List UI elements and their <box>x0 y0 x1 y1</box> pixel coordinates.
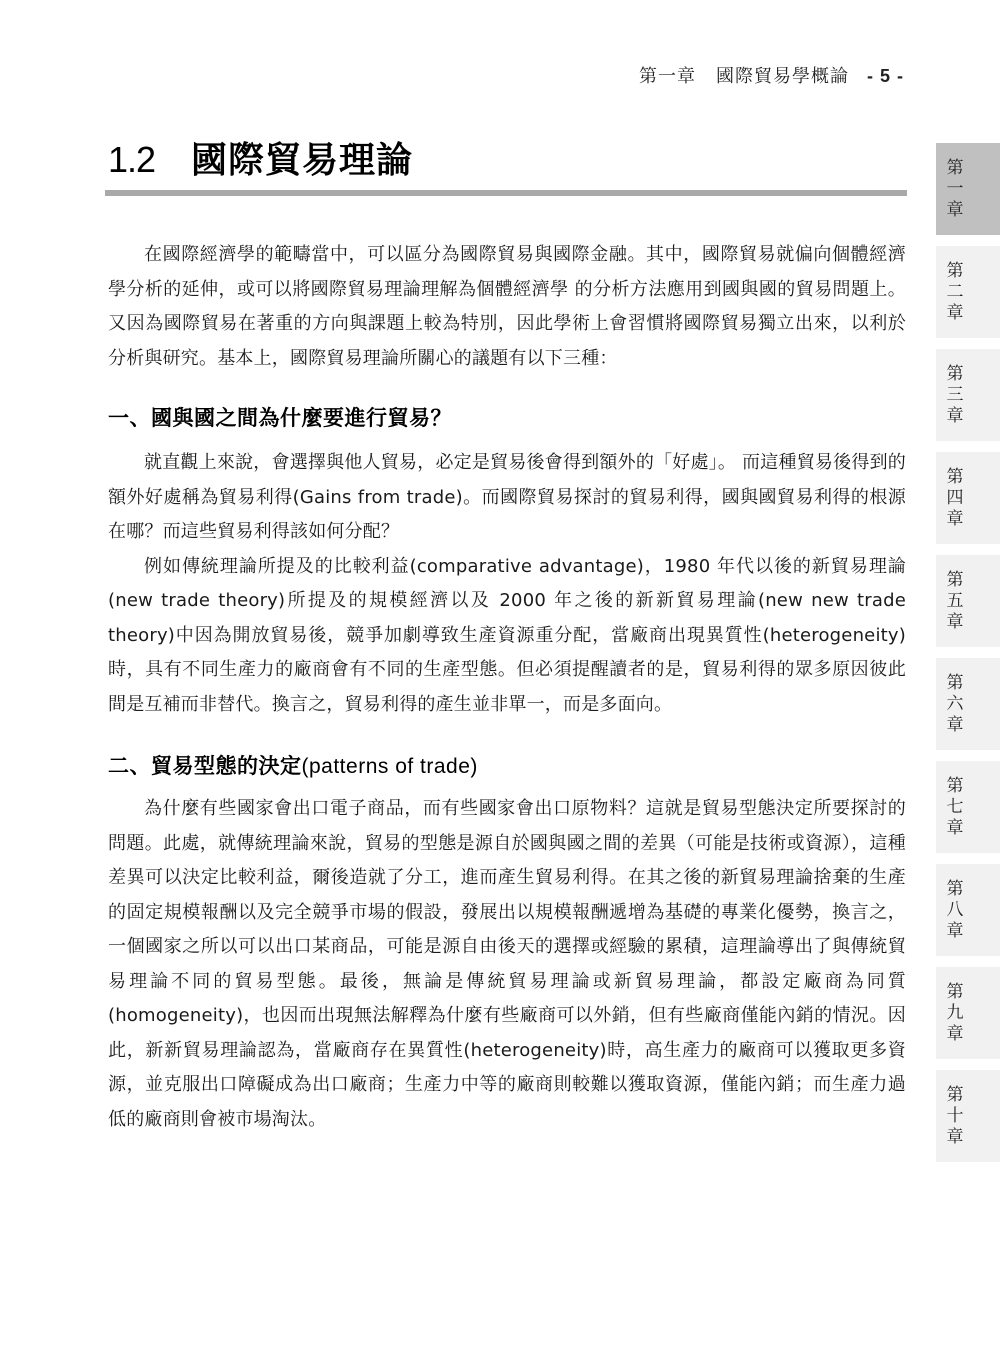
tab-char: 三 <box>947 385 964 406</box>
page-number: - 5 - <box>867 66 904 86</box>
tab-char: 章 <box>947 1024 964 1045</box>
tab-char: 第 <box>947 673 964 694</box>
chapter-tabs: 第 一 章 第 二 章 第 三 章 第 四 章 第 五 章 第 六 章 第 七 … <box>936 143 1000 1173</box>
tab-char: 第 <box>947 879 964 900</box>
tab-char: 六 <box>947 694 964 715</box>
subsection-heading-1: 一、國與國之間為什麼要進行貿易？ <box>108 402 906 432</box>
tab-char: 第 <box>947 158 964 179</box>
section-number: 1.2 <box>108 139 155 180</box>
tab-char: 章 <box>947 818 964 839</box>
tab-char: 八 <box>947 900 964 921</box>
tab-char: 第 <box>947 570 964 591</box>
tab-char: 第 <box>947 1085 964 1106</box>
chapter-tab-7[interactable]: 第 七 章 <box>936 761 1000 853</box>
section-title-text: 國際貿易理論 <box>191 140 413 181</box>
running-header-chapter: 第一章 <box>639 66 696 87</box>
chapter-tab-10[interactable]: 第 十 章 <box>936 1070 1000 1162</box>
tab-char: 五 <box>947 591 964 612</box>
chapter-tab-6[interactable]: 第 六 章 <box>936 658 1000 750</box>
tab-char: 章 <box>947 509 964 530</box>
subsection-1-paragraph-1: 就直觀上來說，會選擇與他人貿易，必定是貿易後會得到額外的「好處」。 而這種貿易後… <box>108 446 906 550</box>
tab-char: 第 <box>947 364 964 385</box>
chapter-tab-3[interactable]: 第 三 章 <box>936 349 1000 441</box>
tab-char: 第 <box>947 982 964 1003</box>
chapter-tab-2[interactable]: 第 二 章 <box>936 246 1000 338</box>
tab-char: 第 <box>947 467 964 488</box>
running-header: 第一章國際貿易學概論- 5 - <box>639 62 904 88</box>
tab-char: 第 <box>947 776 964 797</box>
subsection-2-paragraph-1: 為什麼有些國家會出口電子商品，而有些國家會出口原物料？這就是貿易型態決定所要探討… <box>108 792 906 1137</box>
chapter-tab-4[interactable]: 第 四 章 <box>936 452 1000 544</box>
subsection-heading-2-latin: (patterns of trade) <box>302 755 478 778</box>
subsection-heading-1-text: 一、國與國之間為什麼要進行貿易？ <box>108 406 452 430</box>
tab-char: 十 <box>947 1106 964 1127</box>
chapter-tab-5[interactable]: 第 五 章 <box>936 555 1000 647</box>
subsection-heading-2-text: 二、貿易型態的決定 <box>108 754 302 778</box>
section-title: 1.2國際貿易理論 <box>108 132 413 183</box>
running-header-chapter-title: 國際貿易學概論 <box>716 66 849 87</box>
chapter-tab-1[interactable]: 第 一 章 <box>936 143 1000 235</box>
tab-char: 章 <box>947 715 964 736</box>
tab-char: 七 <box>947 797 964 818</box>
intro-paragraph: 在國際經濟學的範疇當中，可以區分為國際貿易與國際金融。其中，國際貿易就偏向個體經… <box>108 238 906 376</box>
chapter-tab-8[interactable]: 第 八 章 <box>936 864 1000 956</box>
title-rule <box>105 190 907 196</box>
chapter-tab-9[interactable]: 第 九 章 <box>936 967 1000 1059</box>
tab-char: 章 <box>947 612 964 633</box>
subsection-heading-2: 二、貿易型態的決定(patterns of trade) <box>108 750 906 780</box>
tab-char: 章 <box>947 921 964 942</box>
subsection-1-paragraph-2: 例如傳統理論所提及的比較利益(comparative advantage)，19… <box>108 550 906 723</box>
page-body: 在國際經濟學的範疇當中，可以區分為國際貿易與國際金融。其中，國際貿易就偏向個體經… <box>108 238 906 1137</box>
tab-char: 四 <box>947 488 964 509</box>
tab-char: 章 <box>947 1127 964 1148</box>
tab-char: 章 <box>947 303 964 324</box>
tab-char: 第 <box>947 261 964 282</box>
tab-char: 章 <box>947 406 964 427</box>
tab-char: 九 <box>947 1003 964 1024</box>
tab-char: 章 <box>947 200 964 221</box>
tab-char: 二 <box>947 282 964 303</box>
tab-char: 一 <box>947 179 964 200</box>
